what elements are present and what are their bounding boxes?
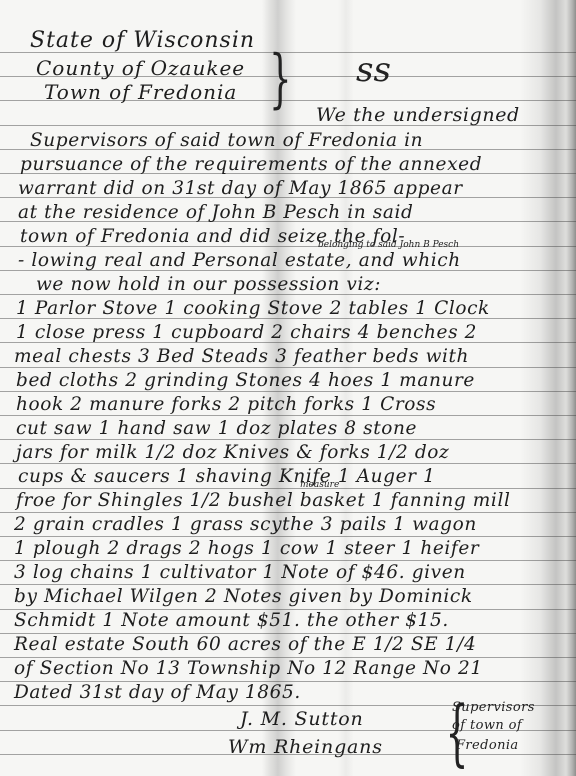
supervisors-note-line: Supervisors [452,700,535,715]
ruled-line [0,463,576,464]
body-line: jars for milk 1/2 doz Knives & forks 1/2… [16,442,449,463]
ss-mark: ss [356,50,391,90]
ruled-line [0,415,576,416]
ruled-line [0,560,576,561]
body-line: - lowing real and Personal estate, and w… [18,250,461,271]
supervisors-note-line: Fredonia [456,738,519,753]
signature-sutton: J. M. Sutton [240,708,364,730]
body-line: 1 close press 1 cupboard 2 chairs 4 benc… [16,322,477,343]
body-line: 2 grain cradles 1 grass scythe 3 pails 1… [14,514,477,535]
body-line: froe for Shingles 1/2 bushel basket 1 fa… [16,490,510,511]
body-line: 3 log chains 1 cultivator 1 Note of $46.… [14,562,466,583]
ruled-line [0,512,576,513]
ruled-line [0,536,576,537]
interlineation-measure: measure [300,480,339,490]
body-line: warrant did on 31st day of May 1865 appe… [18,178,463,199]
signature-rheingans: Wm Rheingans [228,736,383,758]
ruled-line [0,439,576,440]
ruled-line [0,584,576,585]
supervisors-note-line: of town of [452,718,522,733]
body-line: of Section No 13 Township No 12 Range No… [14,658,483,679]
ruled-line [0,391,576,392]
body-line: we now hold in our possession viz: [36,274,381,295]
body-line: Schmidt 1 Note amount $51. the other $15… [14,610,449,631]
scanned-document-page: State of Wisconsin County of Ozaukee Tow… [0,0,576,776]
heading-state: State of Wisconsin [30,28,255,53]
body-line: cups & saucers 1 shaving Knife 1 Auger 1 [18,466,435,487]
body-line: bed cloths 2 grinding Stones 4 hoes 1 ma… [16,370,475,391]
body-line: cut saw 1 hand saw 1 doz plates 8 stone [16,418,417,439]
ruled-line [0,367,576,368]
heading-county: County of Ozaukee [36,56,245,80]
interlineation-belonging: belonging to said John B Pesch [318,240,459,250]
heading-brace: } [269,42,291,116]
body-line: meal chests 3 Bed Steads 3 feather beds … [14,346,469,367]
body-line: hook 2 manure forks 2 pitch forks 1 Cros… [16,394,436,415]
body-line: Real estate South 60 acres of the E 1/2 … [14,634,476,655]
body-line: by Michael Wilgen 2 Notes given by Domin… [14,586,473,607]
ruled-line [0,488,576,489]
heading-town: Town of Fredonia [44,80,237,104]
body-line: Supervisors of said town of Fredonia in [30,130,423,151]
dated-line: Dated 31st day of May 1865. [14,682,301,703]
body-line: We the undersigned [316,104,520,126]
body-line: at the residence of John B Pesch in said [18,202,413,223]
body-line: 1 Parlor Stove 1 cooking Stove 2 tables … [16,298,490,319]
body-line: pursuance of the requirements of the ann… [20,154,482,175]
body-line: 1 plough 2 drags 2 hogs 1 cow 1 steer 1 … [14,538,479,559]
